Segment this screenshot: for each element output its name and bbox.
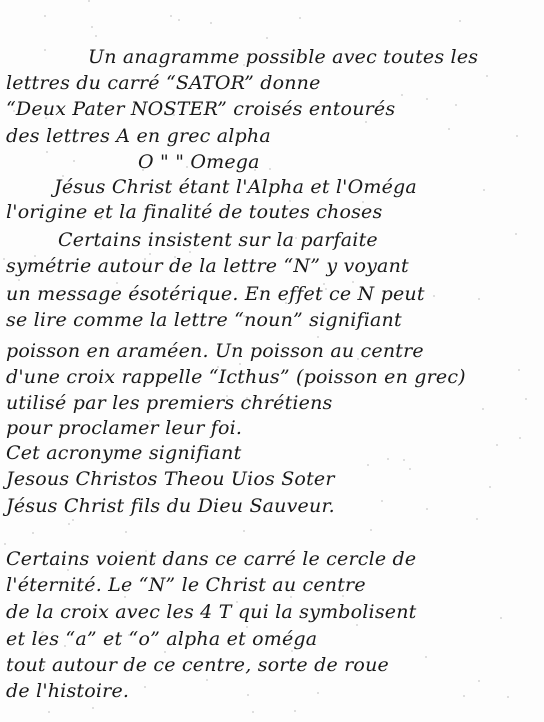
text-line: un message ésotérique. En effet ce N peu… [6,282,425,306]
paper-speckle [483,189,485,191]
paper-speckle [515,233,517,235]
text-line: et les “a” et “o” alpha et oméga [6,627,317,651]
paper-speckle [72,519,74,521]
text-line: l'éternité. Le “N” le Christ au centre [6,573,366,597]
text-line: d'une croix rappelle “Icthus” (poisson e… [6,365,466,389]
paper-speckle [425,656,427,658]
paper-speckle [401,94,403,96]
paper-speckle [482,408,484,410]
text-line: utilisé par les premiers chrétiens [6,391,333,415]
text-line: de la croix avec les 4 T qui la symbolis… [6,600,417,624]
text-line: Certains insistent sur la parfaite [58,228,378,252]
text-line: Un anagramme possible avec toutes les [88,45,478,69]
paper-speckle [367,464,369,466]
paper-speckle [455,104,457,106]
paper-speckle [409,468,411,470]
paper-speckle [73,160,75,162]
paper-speckle [4,543,6,545]
handwritten-page: Un anagramme possible avec toutes les le… [0,0,544,722]
text-line: poisson en araméen. Un poisson au centre [6,339,424,363]
text-line: symétrie autour de la lettre “N” y voyan… [6,254,409,278]
paper-speckle [299,17,301,19]
paper-speckle [365,121,367,123]
paper-speckle [463,695,465,697]
text-line: se lire comme la lettre “noun” signifian… [6,308,402,332]
paper-speckle [46,151,48,153]
paper-speckle [144,686,146,688]
paper-speckle [489,486,491,488]
paper-speckle [243,530,245,532]
paper-speckle [92,707,94,709]
text-line: lettres du carré “SATOR” donne [6,71,321,95]
text-line: des lettres A en grec alpha [6,124,271,148]
text-line: O " " Omega [138,150,260,174]
paper-speckle [518,369,520,371]
paper-speckle [426,508,428,510]
paper-speckle [170,15,172,17]
paper-speckle [48,711,50,713]
paper-speckle [459,20,461,22]
paper-speckle [433,295,435,297]
paper-speckle [448,128,450,130]
text-line: Jésus Christ étant l'Alpha et l'Oméga [54,175,417,199]
paper-speckle [519,437,521,439]
paper-speckle [356,624,358,626]
paper-speckle [44,49,46,51]
paper-speckle [403,459,405,461]
paper-speckle [210,22,212,24]
paper-speckle [381,500,383,502]
paper-speckle [44,15,46,17]
paper-speckle [18,279,20,281]
paper-speckle [317,692,319,694]
text-line: Jésus Christ fils du Dieu Sauveur. [6,494,335,518]
paper-speckle [387,458,389,460]
text-line: Cet acronyme signifiant [6,441,241,465]
paper-speckle [68,523,70,525]
text-line: Certains voient dans ce carré le cercle … [6,547,416,571]
paper-speckle [91,26,93,28]
text-line: pour proclamer leur foi. [6,416,242,440]
paper-speckle [370,529,372,531]
paper-speckle [3,258,5,260]
paper-speckle [32,532,34,534]
paper-speckle [507,696,509,698]
paper-speckle [500,617,502,619]
paper-speckle [486,75,488,77]
paper-speckle [178,19,180,21]
paper-speckle [496,444,498,446]
paper-speckle [426,98,428,100]
text-line: l'origine et la finalité de toutes chose… [6,200,382,224]
paper-speckle [525,398,527,400]
paper-speckle [317,336,319,338]
paper-speckle [269,168,271,170]
paper-speckle [516,135,518,137]
paper-speckle [252,711,254,713]
text-line: de l'histoire. [6,679,129,703]
paper-speckle [206,679,208,681]
paper-speckle [247,694,249,696]
paper-speckle [125,531,127,533]
paper-speckle [88,0,90,2]
text-line: tout autour de ce centre, sorte de roue [6,653,389,677]
paper-speckle [478,298,480,300]
paper-speckle [294,710,296,712]
paper-speckle [266,37,268,39]
paper-speckle [476,518,478,520]
paper-speckle [478,680,480,682]
text-line: Jesous Christos Theou Uios Soter [6,467,335,491]
text-line: “Deux Pater NOSTER” croisés entourés [6,97,395,121]
paper-speckle [95,35,97,37]
